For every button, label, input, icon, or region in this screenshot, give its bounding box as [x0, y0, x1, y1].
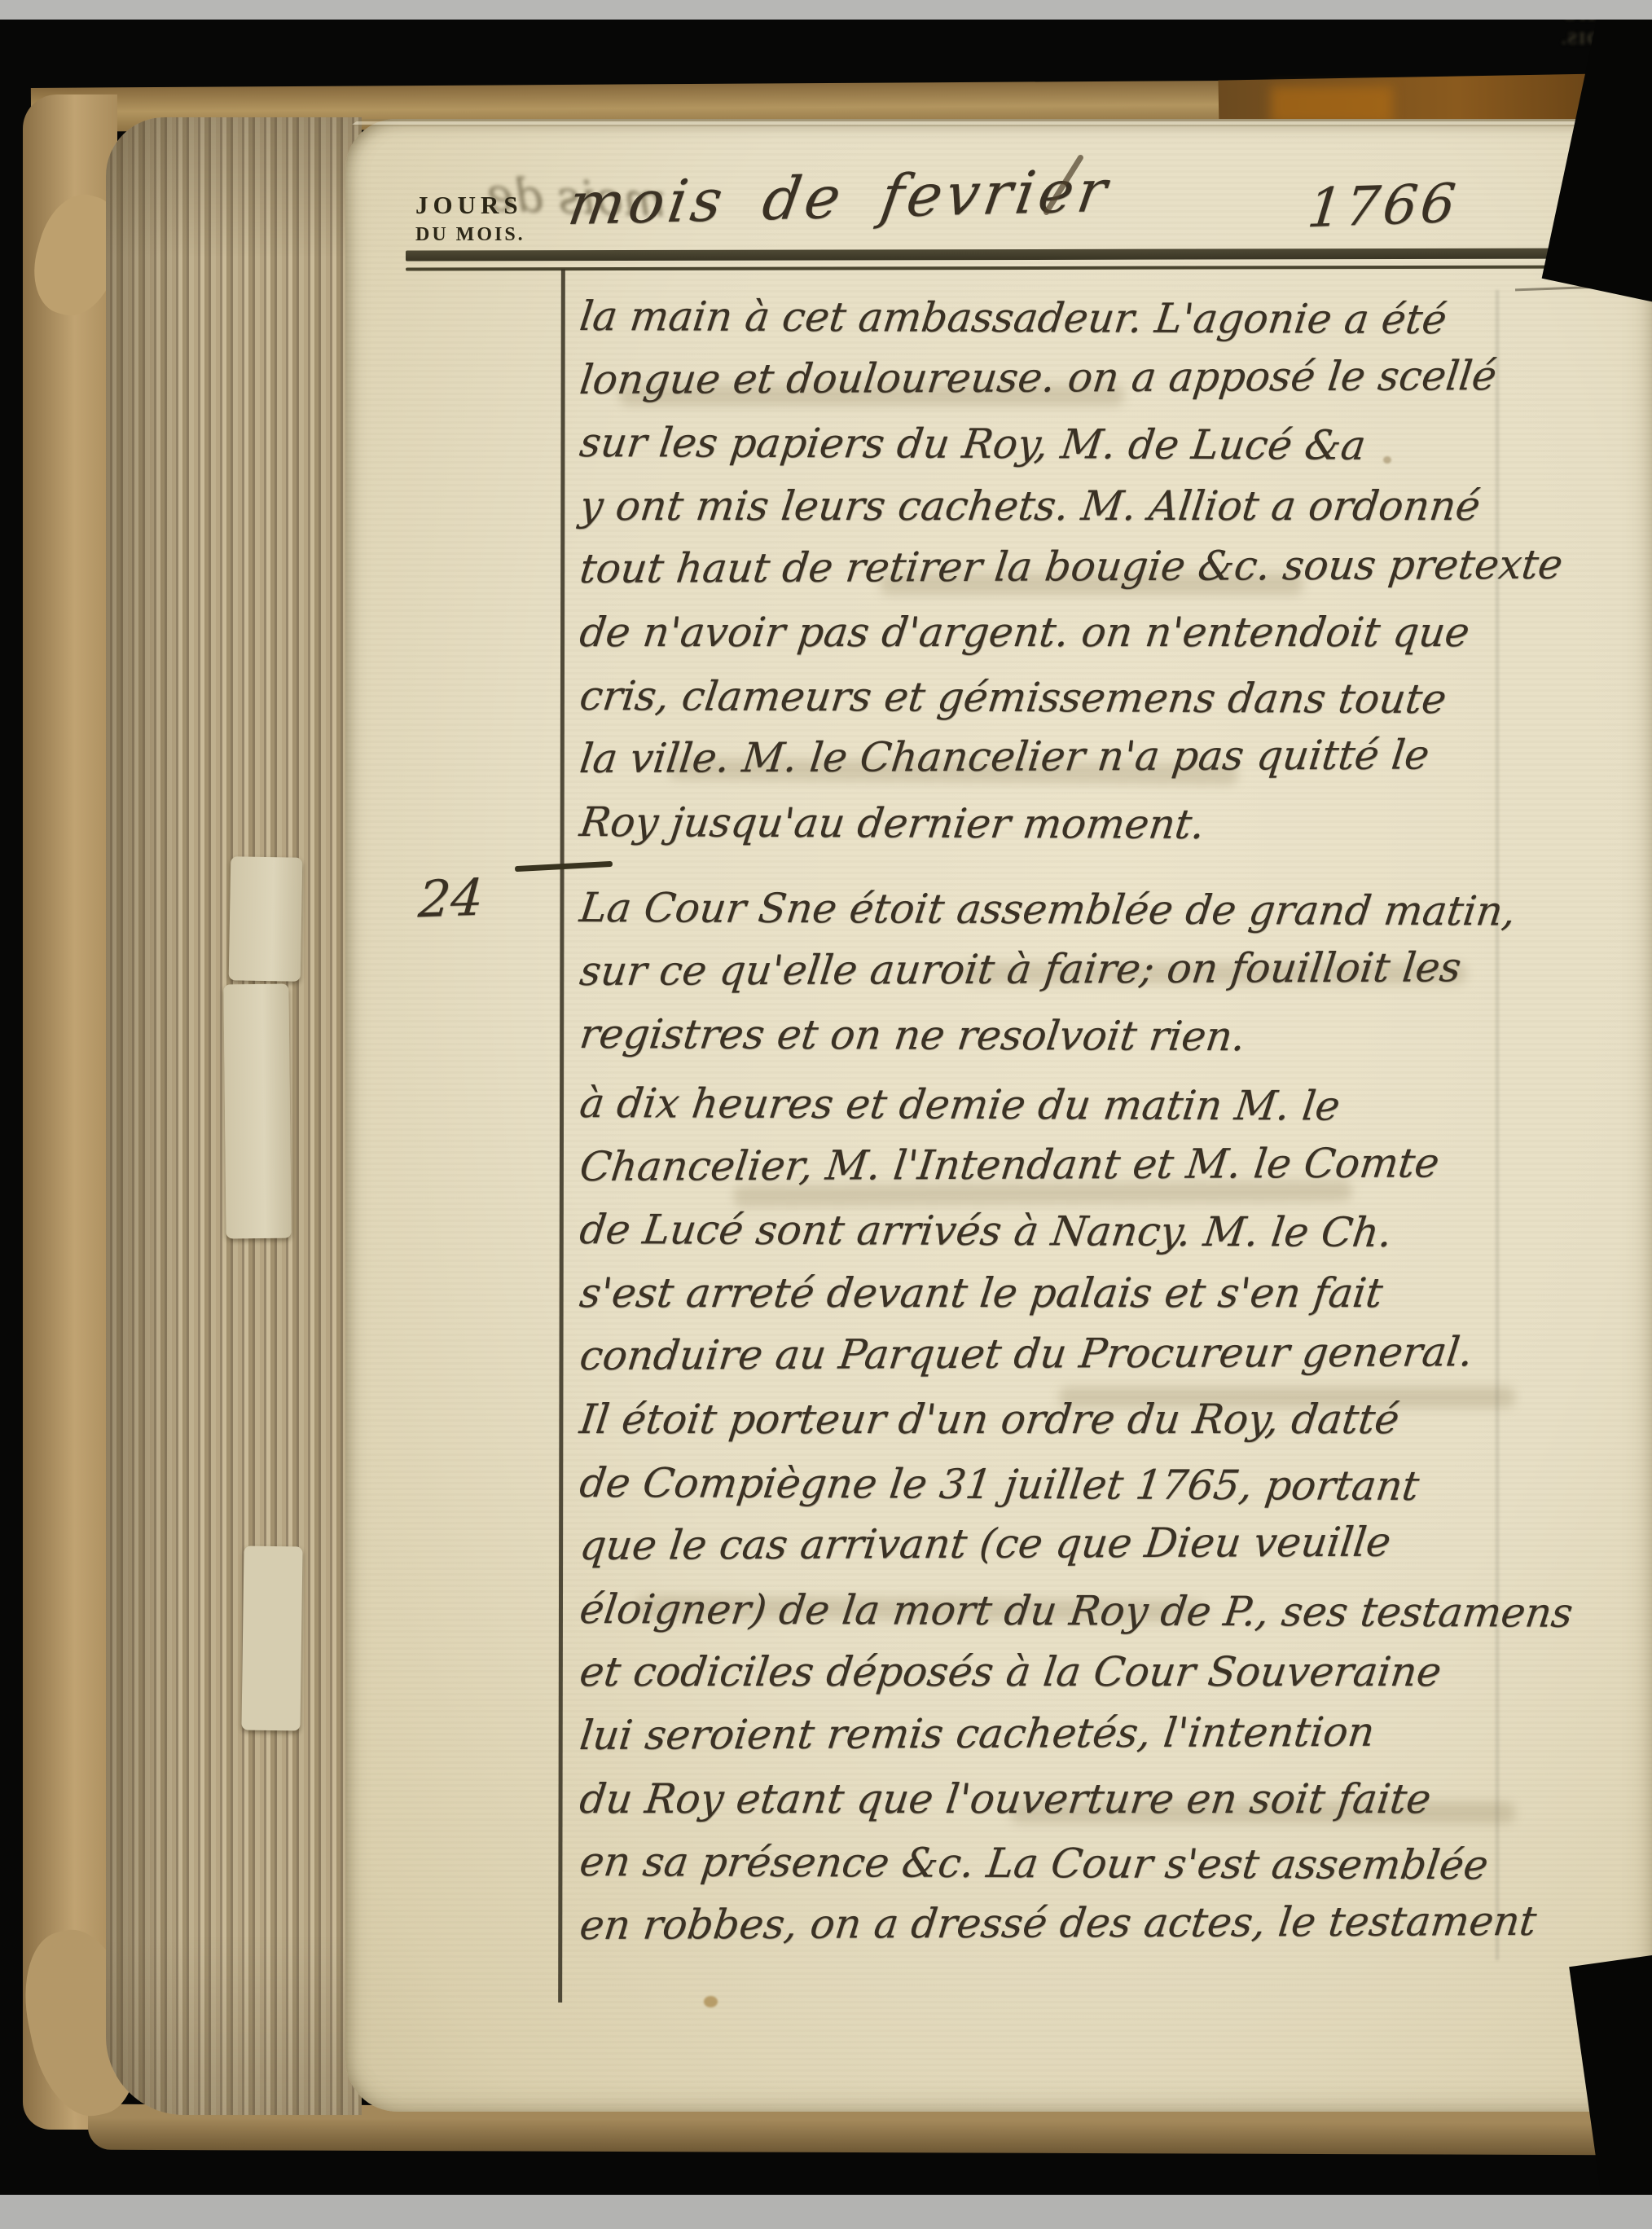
handwritten-line: s'est arreté devant le palais et s'en fa…: [576, 1262, 1651, 1326]
handwritten-line: La Cour Sne étoit assemblée de grand mat…: [576, 877, 1650, 944]
bookmark-tab: [229, 856, 303, 982]
handwritten-line: lui seroient remis cachetés, l'intention: [576, 1699, 1651, 1767]
handwritten-line: que le cas arrivant (ce que Dieu veuille: [576, 1510, 1651, 1577]
handwritten-line: de n'avoir pas d'argent. on n'entendoit …: [576, 601, 1651, 665]
scanner-strip-bottom: [0, 2195, 1652, 2229]
scanner-strip-top: [0, 0, 1652, 20]
page-top-edge-lines: [345, 119, 1652, 140]
handwritten-line: en sa présence &c. La Cour s'est assembl…: [576, 1831, 1650, 1898]
handwritten-line: registres et on ne resolvoit rien.: [576, 1003, 1650, 1071]
day-number: 24: [416, 868, 485, 930]
handwritten-line: cris, clameurs et gémissemens dans toute: [576, 665, 1650, 732]
day-column-header: JOURS DU MOIS.: [415, 191, 525, 246]
bookmark-tab: [223, 984, 291, 1239]
header-double-rule: [406, 248, 1623, 270]
rule-thick-line: [406, 248, 1623, 261]
handwritten-line: longue et douloureuse. on a apposé le sc…: [576, 344, 1651, 411]
handwritten-line: en robbes, on a dressé des actes, le tes…: [576, 1889, 1651, 1957]
handwritten-line: de Compiègne le 31 juillet 1765, portant: [576, 1452, 1650, 1519]
month-title-handwritten: mois de fevrier: [564, 156, 1115, 238]
handwritten-line: Roy jusqu'au dernier moment.: [576, 791, 1650, 859]
manuscript-scan: mois de JOURS DU MOIS. JOURS DU MOIS. mo…: [0, 0, 1652, 2229]
handwritten-line: tout haut de retirer la bougie &c. sous …: [576, 534, 1651, 601]
handwritten-line: sur ce qu'elle auroit à faire; on fouill…: [576, 935, 1651, 1003]
paper-stain: [704, 1996, 718, 2007]
bleedthrough-text: DU MOIS.: [0, 29, 1652, 49]
handwritten-line: conduire au Parquet du Procureur general…: [576, 1321, 1651, 1388]
handwriting-paragraph-2: La Cour Sne étoit assemblée de grand mat…: [580, 877, 1647, 1066]
day-column-header-line2: DU MOIS.: [415, 224, 525, 246]
handwritten-line: sur les papiers du Roy, M. de Lucé &a: [576, 411, 1650, 479]
handwritten-line: du Roy etant que l'ouverture en soit fai…: [576, 1768, 1651, 1831]
day-column-header-line1: JOURS: [415, 191, 525, 220]
handwriting-paragraph-3: à dix heures et demie du matin M. leChan…: [580, 1072, 1647, 1957]
handwritten-line: la main à cet ambassadeur. L'agonie a ét…: [576, 285, 1650, 353]
handwritten-line: Il étoit porteur d'un ordre du Roy, datt…: [576, 1388, 1651, 1452]
handwritten-line: y ont mis leurs cachets. M. Alliot a ord…: [576, 475, 1651, 539]
bookmark-tab: [241, 1546, 302, 1731]
handwritten-line: de Lucé sont arrivés à Nancy. M. le Ch.: [576, 1198, 1650, 1266]
handwritten-line: Chancelier, M. l'Intendant et M. le Comt…: [576, 1131, 1651, 1198]
book-cover-left-edge: [23, 95, 117, 2130]
handwriting-paragraph-1: la main à cet ambassadeur. L'agonie a ét…: [580, 285, 1647, 854]
handwritten-line: éloigner) de la mort du Roy de P., ses t…: [576, 1578, 1650, 1646]
handwritten-line: à dix heures et demie du matin M. le: [576, 1072, 1650, 1140]
handwritten-line: et codiciles déposés à la Cour Souverain…: [576, 1641, 1651, 1704]
handwritten-line: la ville. M. le Chancelier n'a pas quitt…: [576, 723, 1651, 790]
year-handwritten: 1766: [1305, 172, 1462, 240]
